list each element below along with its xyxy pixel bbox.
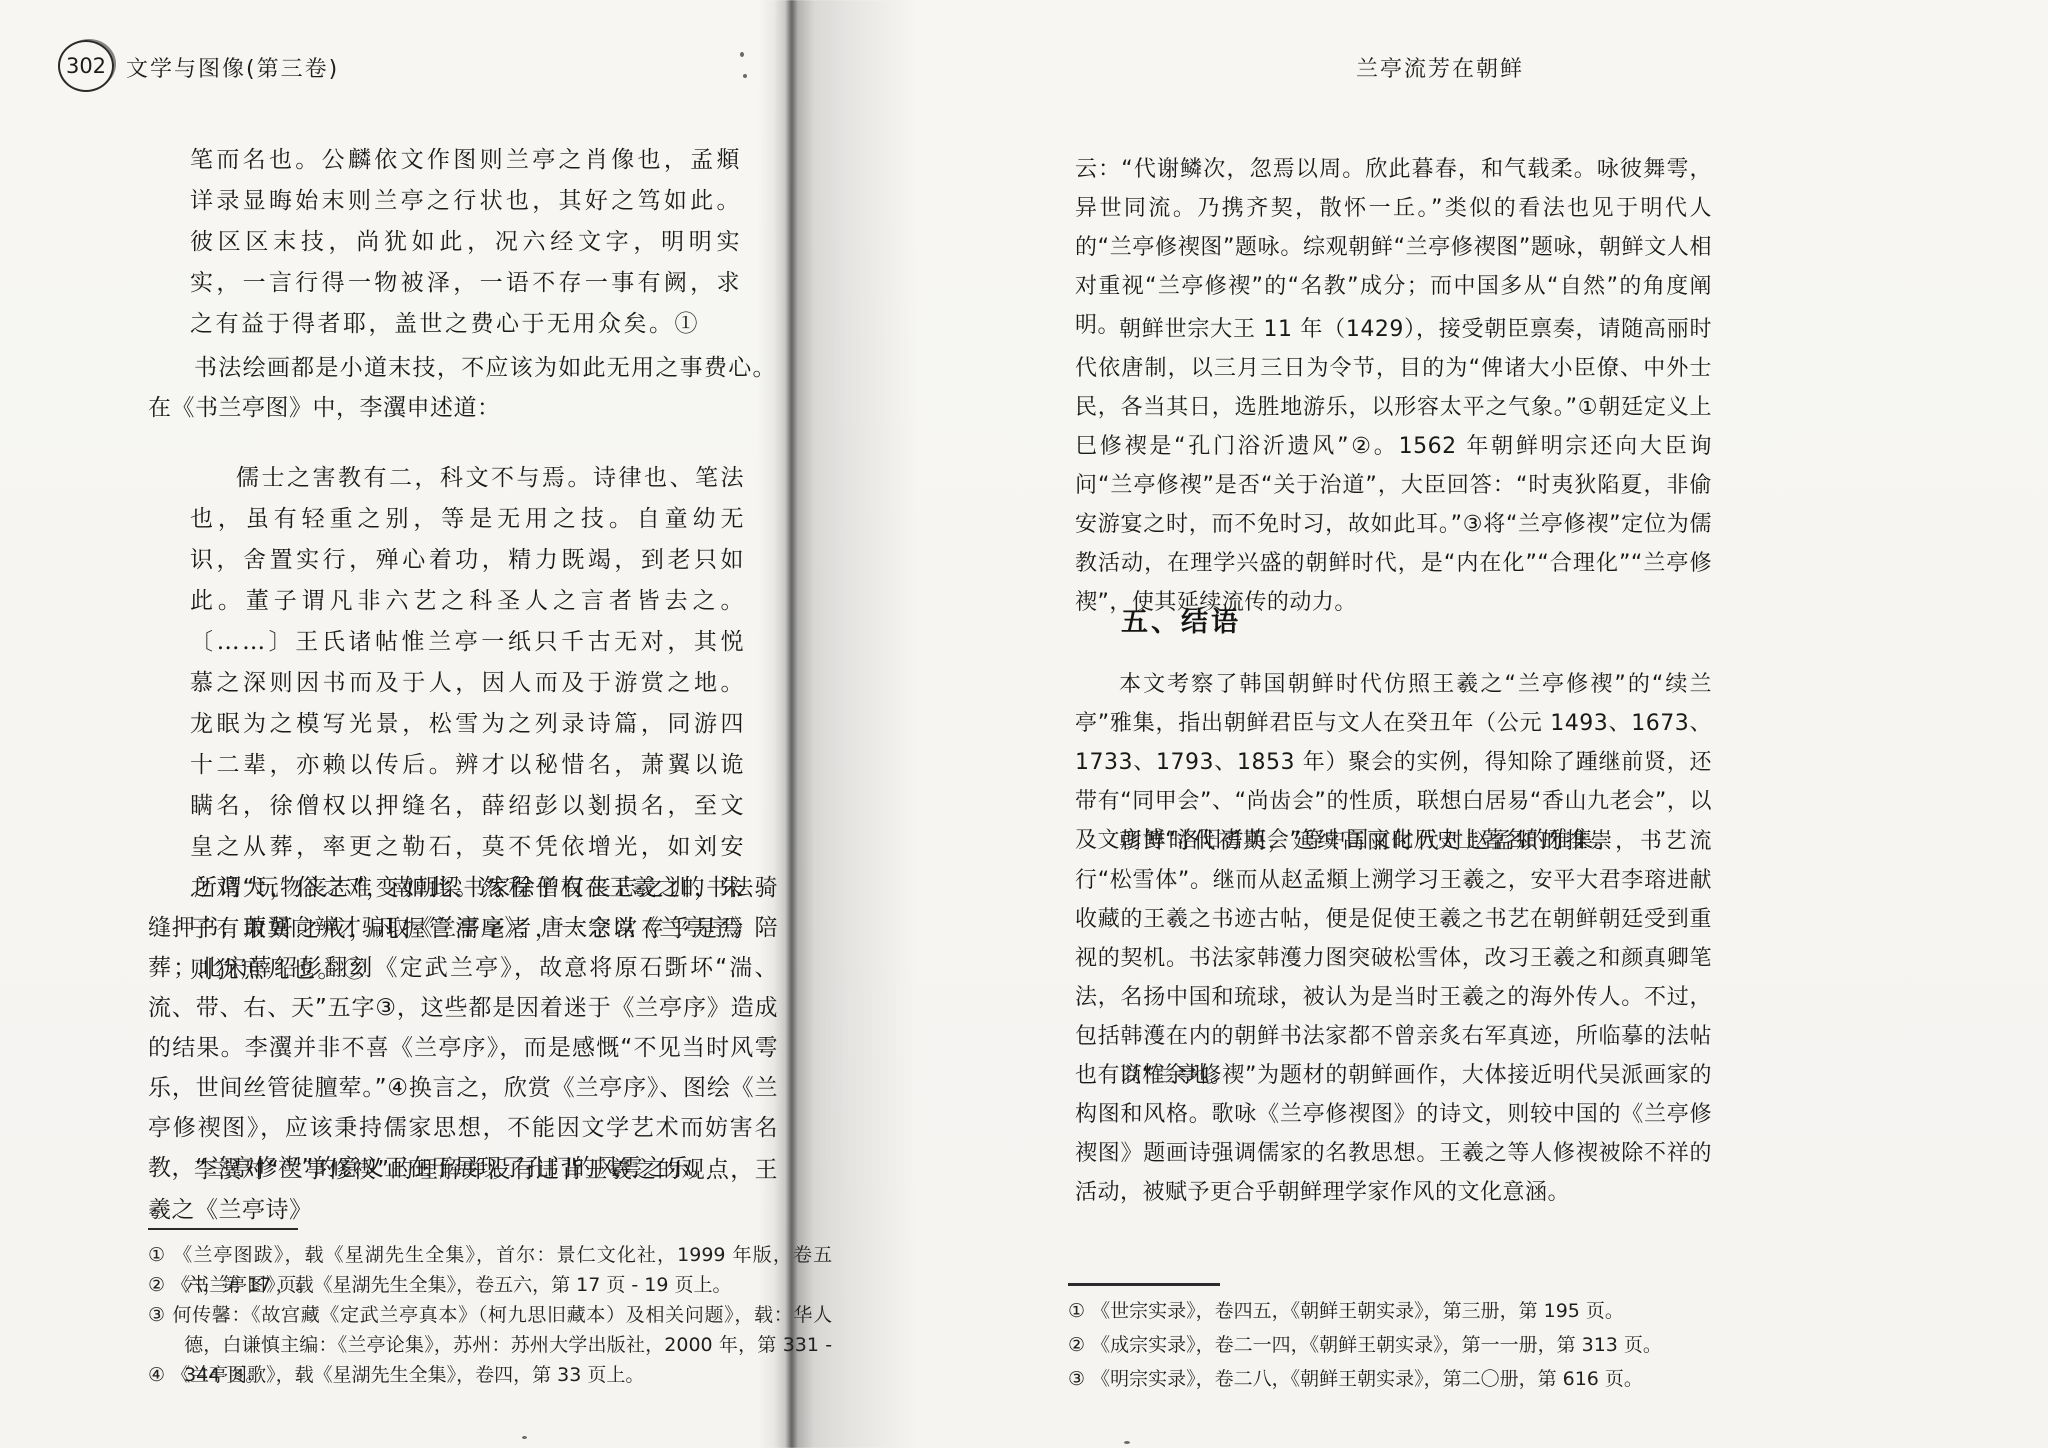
book-spread: 302 文学与图像(第三卷) 笔而名也。公麟依文作图则兰亭之肖像也，孟頫详录显晦… [0, 0, 2048, 1448]
page-gutter-shadow [758, 0, 918, 1448]
block-quote-1: 笔而名也。公麟依文作图则兰亭之肖像也，孟頫详录显晦始末则兰亭之行状也，其好之笃如… [190, 140, 742, 345]
footnote: ② 《成宗实录》，卷二一四，《朝鲜王朝实录》，第一一册，第 313 页。 [1068, 1330, 1754, 1360]
scan-speck [740, 52, 744, 57]
paragraph: 以“兰亭修禊”为题材的朝鲜画作，大体接近明代吴派画家的构图和风格。歌咏《兰亭修禊… [1075, 1056, 1712, 1212]
section-heading: 五、结语 [1121, 600, 1241, 639]
scan-speck [522, 1436, 527, 1439]
paragraph: 李瀷对“兰亭修禊”的理解并没有违背王羲之的观点，王羲之《兰亭诗》 [148, 1150, 778, 1230]
footnote: ① 《世宗实录》，卷四五，《朝鲜王朝实录》，第三册，第 195 页。 [1068, 1296, 1754, 1326]
footnote: ④ 《兰亭图歌》，载《星湖先生全集》，卷四，第 33 页上。 [148, 1360, 832, 1390]
footnote: ② 《书兰亭图》，载《星湖先生全集》，卷五六，第 17 页 - 19 页上。 [148, 1270, 832, 1300]
paragraph: 朝鲜世宗大王 11 年（1429），接受朝臣禀奏，请随高丽时代依唐制，以三月三日… [1075, 310, 1712, 622]
footnote: ③ 《明宗实录》，卷二八，《朝鲜王朝实录》，第二〇册，第 616 页。 [1068, 1364, 1754, 1394]
scan-speck [743, 74, 747, 78]
left-running-title: 文学与图像(第三卷) [126, 52, 339, 83]
footnote-separator [1068, 1283, 1220, 1286]
page-number: 302 [66, 54, 106, 78]
scan-speck [1124, 1441, 1130, 1444]
paragraph: 朝鲜时代初期，延续高丽时代对赵孟頫的推崇，书艺流行“松雪体”。继而从赵孟頫上溯学… [1075, 822, 1712, 1095]
paragraph: 所谓“玩物丧志”，南朝梁书家徐僧权在王羲之的书法骑缝押书；萧翼向辨才骗取《兰亭序… [148, 868, 778, 1188]
footnote-separator [148, 1228, 298, 1230]
right-running-title: 兰亭流芳在朝鲜 [1356, 52, 1524, 83]
paragraph: 书法绘画都是小道末技，不应该为如此无用之事费心。在《书兰亭图》中，李瀷申述道： [148, 348, 776, 428]
page-number-badge: 302 [58, 40, 114, 92]
